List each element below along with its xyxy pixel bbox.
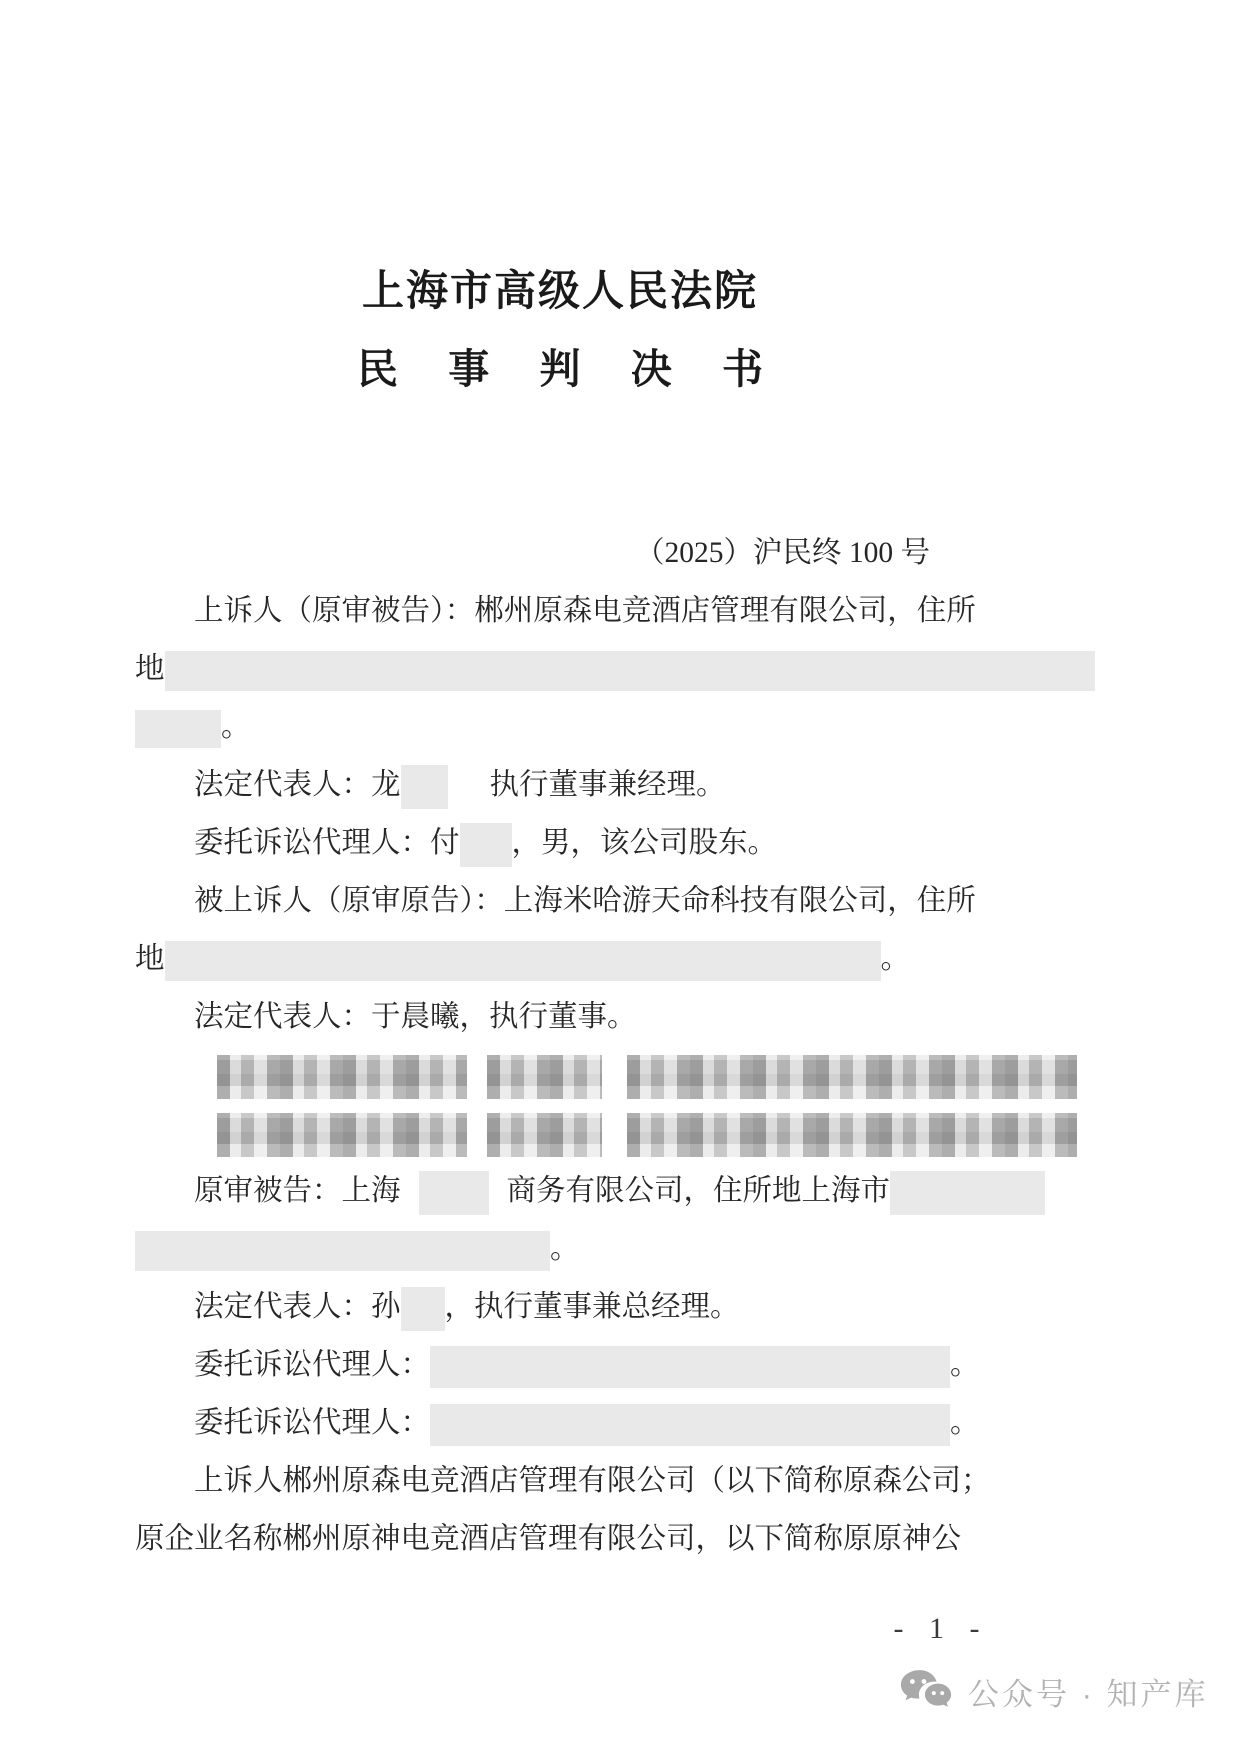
appellant-address-line: 地 (135, 640, 985, 698)
mosaic-redaction (627, 1113, 1077, 1157)
redaction-bar (135, 710, 221, 748)
line-text: 委托诉讼代理人：付 (194, 827, 460, 859)
line-text: 法定代表人：龙 (194, 769, 401, 801)
redacted-attorney-line-2 (135, 1104, 985, 1162)
line-text: （2025）沪民终 100 号 (635, 537, 930, 569)
redaction-bar (419, 1171, 489, 1215)
case-number-line: （2025）沪民终 100 号 (135, 524, 985, 582)
original-defendant-address-line: 。 (135, 1220, 985, 1278)
intro-paragraph-line-1: 上诉人郴州原森电竞酒店管理有限公司（以下简称原森公司； (135, 1452, 985, 1510)
line-text: 上诉人郴州原森电竞酒店管理有限公司（以下简称原森公司； (194, 1465, 991, 1497)
line-text: 。 (550, 1233, 580, 1265)
appellant-line: 上诉人（原审被告）：郴州原森电竞酒店管理有限公司，住所 (135, 582, 985, 640)
original-defendant-line: 原审被告：上海商务有限公司，住所地上海市 (135, 1162, 985, 1220)
original-defendant-legal-rep-line: 法定代表人：孙，执行董事兼总经理。 (135, 1278, 985, 1336)
appellant-address-continued-line: 。 (135, 698, 985, 756)
judgment-document-page: 上海市高级人民法院 民 事 判 决 书 （2025）沪民终 100 号上诉人（原… (0, 0, 1240, 1754)
redacted-attorney-line-1 (135, 1046, 985, 1104)
intro-paragraph-line-2: 原企业名称郴州原神电竞酒店管理有限公司，以下简称原原神公 (135, 1510, 985, 1568)
line-text: 地 (135, 943, 165, 975)
line-text: 。 (881, 943, 911, 975)
line-text: 上诉人（原审被告）：郴州原森电竞酒店管理有限公司，住所 (194, 595, 976, 627)
redaction-bar (430, 1346, 950, 1388)
line-text: 。 (950, 1407, 980, 1439)
redaction-bar (165, 941, 881, 981)
redaction-bar (460, 823, 512, 867)
line-text: 。 (950, 1349, 980, 1381)
line-text: 地 (135, 653, 165, 685)
court-name-title: 上海市高级人民法院 (0, 258, 1120, 318)
spacer (401, 1188, 419, 1198)
mosaic-redaction (487, 1055, 602, 1099)
page-number: - 1 - (876, 1612, 1006, 1646)
redaction-bar (135, 1231, 550, 1271)
spacer (602, 1072, 627, 1082)
line-text: ，执行董事兼总经理。 (445, 1291, 740, 1323)
redaction-bar (430, 1404, 950, 1446)
original-defendant-attorney-line-2: 委托诉讼代理人：。 (135, 1394, 985, 1452)
mosaic-redaction (217, 1113, 467, 1157)
wechat-icon (898, 1668, 954, 1714)
line-text: 法定代表人：于晨曦，执行董事。 (194, 1001, 637, 1033)
original-defendant-attorney-line-1: 委托诉讼代理人：。 (135, 1336, 985, 1394)
spacer (135, 1072, 217, 1082)
line-text: 商务有限公司，住所地上海市 (507, 1175, 891, 1207)
watermark: 公众号 · 知产库 (898, 1668, 1209, 1714)
appellee-line: 被上诉人（原审原告）：上海米哈游天命科技有限公司，住所 (135, 872, 985, 930)
line-text: 。 (221, 711, 251, 743)
spacer (602, 1130, 627, 1140)
appellant-attorney-line: 委托诉讼代理人：付，男，该公司股东。 (135, 814, 985, 872)
line-text: 原审被告：上海 (194, 1175, 401, 1207)
spacer (467, 1072, 487, 1082)
mosaic-redaction (217, 1055, 467, 1099)
line-text: ，男，该公司股东。 (512, 827, 778, 859)
document-type-title: 民 事 判 决 书 (0, 336, 1140, 395)
redaction-bar (165, 651, 1095, 691)
mosaic-redaction (627, 1055, 1077, 1099)
document-body: （2025）沪民终 100 号上诉人（原审被告）：郴州原森电竞酒店管理有限公司，… (135, 524, 985, 1568)
line-text: 法定代表人：孙 (194, 1291, 401, 1323)
spacer (467, 1130, 487, 1140)
line-text: 被上诉人（原审原告）：上海米哈游天命科技有限公司，住所 (194, 885, 976, 917)
line-text: 委托诉讼代理人： (194, 1349, 430, 1381)
appellee-legal-rep-line: 法定代表人：于晨曦，执行董事。 (135, 988, 985, 1046)
mosaic-redaction (487, 1113, 602, 1157)
line-text: 委托诉讼代理人： (194, 1407, 430, 1439)
appellant-legal-rep-line: 法定代表人：龙执行董事兼经理。 (135, 756, 985, 814)
redaction-bar (401, 765, 448, 809)
line-text: 执行董事兼经理。 (490, 769, 726, 801)
watermark-label: 公众号 · 知产库 (968, 1669, 1209, 1714)
appellee-address-line: 地。 (135, 930, 985, 988)
redaction-bar (890, 1171, 1045, 1215)
spacer (489, 1188, 507, 1198)
spacer (448, 782, 490, 792)
redaction-bar (401, 1287, 445, 1331)
line-text: 原企业名称郴州原神电竞酒店管理有限公司，以下简称原原神公 (135, 1523, 961, 1555)
spacer (135, 1130, 217, 1140)
